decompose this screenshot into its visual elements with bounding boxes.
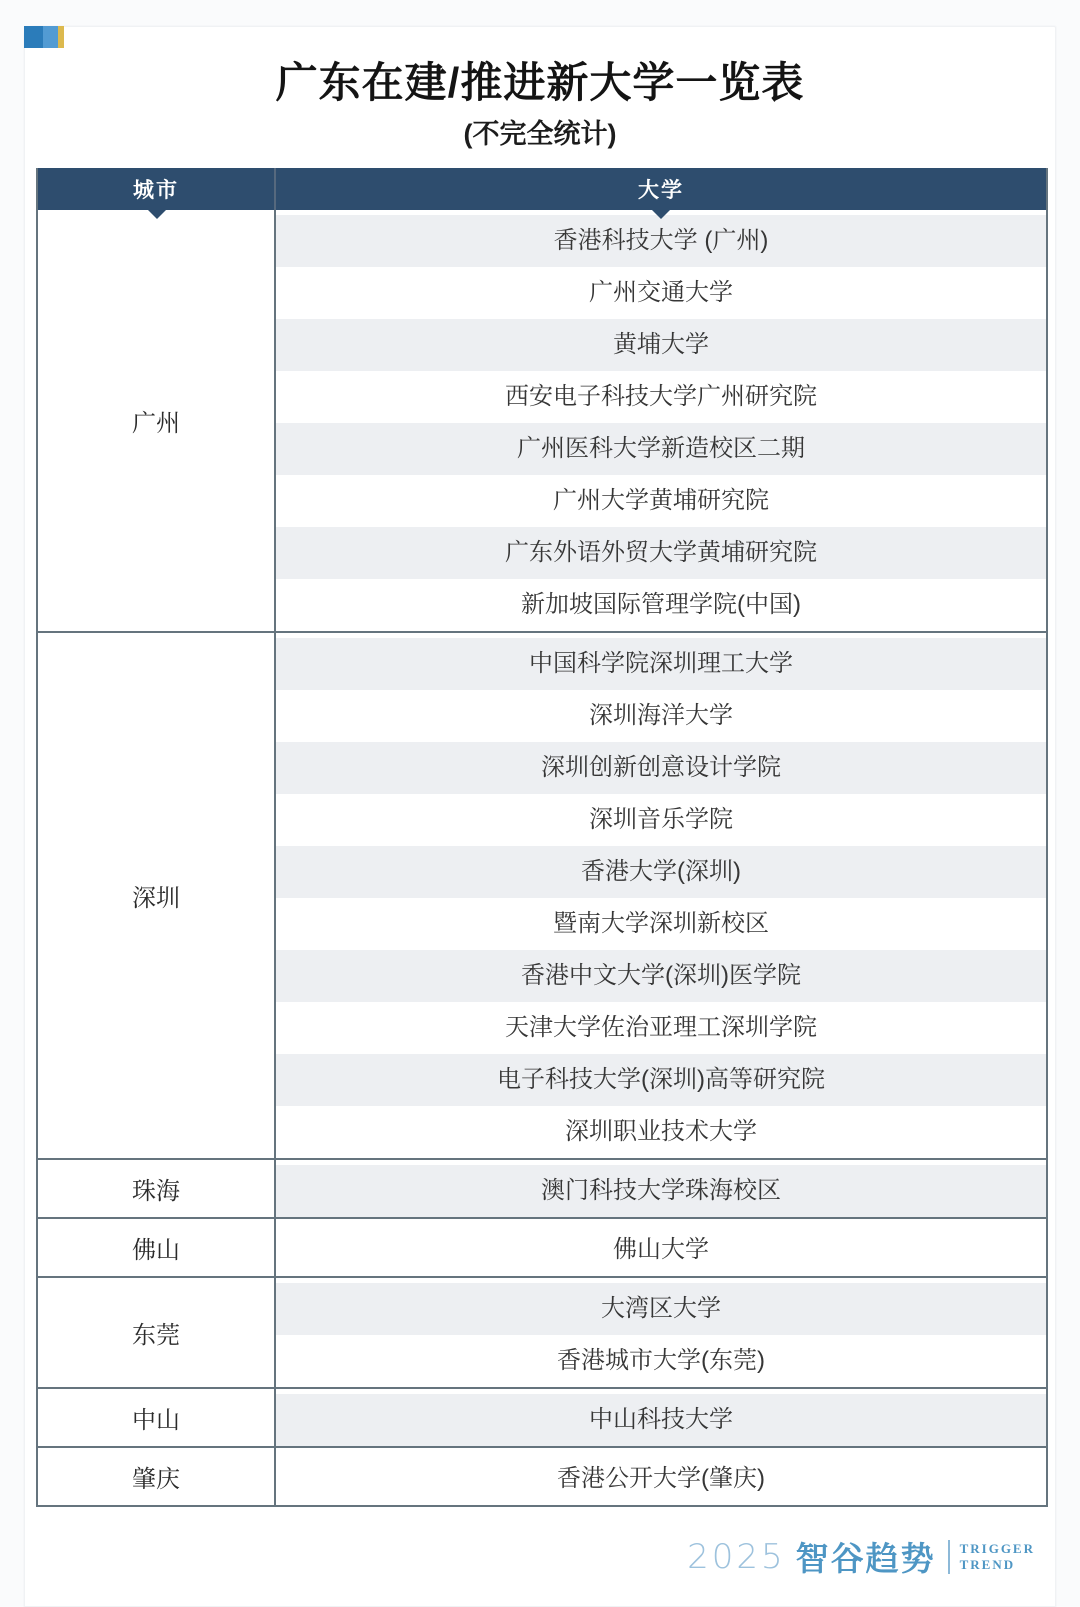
city-section: 中山中山科技大学 [38, 1387, 1046, 1446]
city-cell: 深圳 [38, 633, 276, 1158]
city-cell: 肇庆 [38, 1448, 276, 1505]
university-row: 中山科技大学 [276, 1394, 1046, 1446]
city-cell: 珠海 [38, 1160, 276, 1217]
university-row: 广州大学黄埔研究院 [276, 475, 1046, 527]
university-row: 佛山大学 [276, 1224, 1046, 1276]
university-row: 大湾区大学 [276, 1283, 1046, 1335]
infographic-card: 广东在建/推进新大学一览表 (不完全统计) 城市 大学 广州香港科技大学 (广州… [24, 26, 1056, 1607]
university-column: 香港科技大学 (广州)广州交通大学黄埔大学西安电子科技大学广州研究院广州医科大学… [276, 210, 1046, 631]
footer-tagline-line1: TRIGGER [960, 1541, 1035, 1557]
city-cell: 东莞 [38, 1278, 276, 1387]
university-column: 澳门科技大学珠海校区 [276, 1160, 1046, 1217]
university-row: 深圳音乐学院 [276, 794, 1046, 846]
city-cell: 中山 [38, 1389, 276, 1446]
university-row: 香港城市大学(东莞) [276, 1335, 1046, 1387]
header-caret-city-icon [148, 210, 166, 219]
university-row: 香港科技大学 (广州) [276, 215, 1046, 267]
universities-table: 城市 大学 广州香港科技大学 (广州)广州交通大学黄埔大学西安电子科技大学广州研… [36, 168, 1048, 1507]
city-section: 肇庆香港公开大学(肇庆) [38, 1446, 1046, 1505]
city-cell: 广州 [38, 210, 276, 631]
city-section: 珠海澳门科技大学珠海校区 [38, 1158, 1046, 1217]
page-subtitle: (不完全统计) [25, 117, 1055, 151]
university-row: 西安电子科技大学广州研究院 [276, 371, 1046, 423]
column-header-university: 大学 [276, 168, 1046, 210]
logo-dark-blue-square-icon [24, 26, 43, 48]
university-row: 香港公开大学(肇庆) [276, 1453, 1046, 1505]
university-row: 暨南大学深圳新校区 [276, 898, 1046, 950]
university-column: 大湾区大学香港城市大学(东莞) [276, 1278, 1046, 1387]
university-row: 黄埔大学 [276, 319, 1046, 371]
university-row: 天津大学佐治亚理工深圳学院 [276, 1002, 1046, 1054]
university-row: 广东外语外贸大学黄埔研究院 [276, 527, 1046, 579]
footer-year: 2025 [687, 1537, 786, 1577]
column-header-city: 城市 [38, 168, 276, 210]
university-row: 广州交通大学 [276, 267, 1046, 319]
university-row: 深圳职业技术大学 [276, 1106, 1046, 1158]
university-row: 深圳海洋大学 [276, 690, 1046, 742]
university-column: 中国科学院深圳理工大学深圳海洋大学深圳创新创意设计学院深圳音乐学院香港大学(深圳… [276, 633, 1046, 1158]
table-body: 广州香港科技大学 (广州)广州交通大学黄埔大学西安电子科技大学广州研究院广州医科… [38, 210, 1046, 1505]
page-title: 广东在建/推进新大学一览表 [25, 57, 1055, 109]
footer-tagline-line2: TREND [960, 1557, 1035, 1573]
footer-divider-bar [948, 1540, 950, 1574]
city-cell: 佛山 [38, 1219, 276, 1276]
footer-brand-name: 智谷趋势 [796, 1533, 936, 1580]
university-row: 中国科学院深圳理工大学 [276, 638, 1046, 690]
city-section: 东莞大湾区大学香港城市大学(东莞) [38, 1276, 1046, 1387]
brand-footer: 2025 智谷趋势 TRIGGER TREND [687, 1533, 1035, 1580]
university-column: 中山科技大学 [276, 1389, 1046, 1446]
city-section: 佛山佛山大学 [38, 1217, 1046, 1276]
university-row: 深圳创新创意设计学院 [276, 742, 1046, 794]
university-column: 香港公开大学(肇庆) [276, 1448, 1046, 1505]
university-column: 佛山大学 [276, 1219, 1046, 1276]
university-row: 香港中文大学(深圳)医学院 [276, 950, 1046, 1002]
header-caret-university-icon [652, 210, 670, 219]
university-row: 新加坡国际管理学院(中国) [276, 579, 1046, 631]
university-row: 广州医科大学新造校区二期 [276, 423, 1046, 475]
logo-light-blue-square-icon [43, 26, 58, 48]
university-row: 电子科技大学(深圳)高等研究院 [276, 1054, 1046, 1106]
university-row: 香港大学(深圳) [276, 846, 1046, 898]
table-header-row: 城市 大学 [38, 168, 1046, 210]
footer-tagline: TRIGGER TREND [960, 1541, 1035, 1573]
university-row: 澳门科技大学珠海校区 [276, 1165, 1046, 1217]
city-section: 广州香港科技大学 (广州)广州交通大学黄埔大学西安电子科技大学广州研究院广州医科… [38, 210, 1046, 631]
logo-yellow-strip-icon [58, 26, 64, 48]
brand-corner-logo [24, 26, 64, 48]
city-section: 深圳中国科学院深圳理工大学深圳海洋大学深圳创新创意设计学院深圳音乐学院香港大学(… [38, 631, 1046, 1158]
